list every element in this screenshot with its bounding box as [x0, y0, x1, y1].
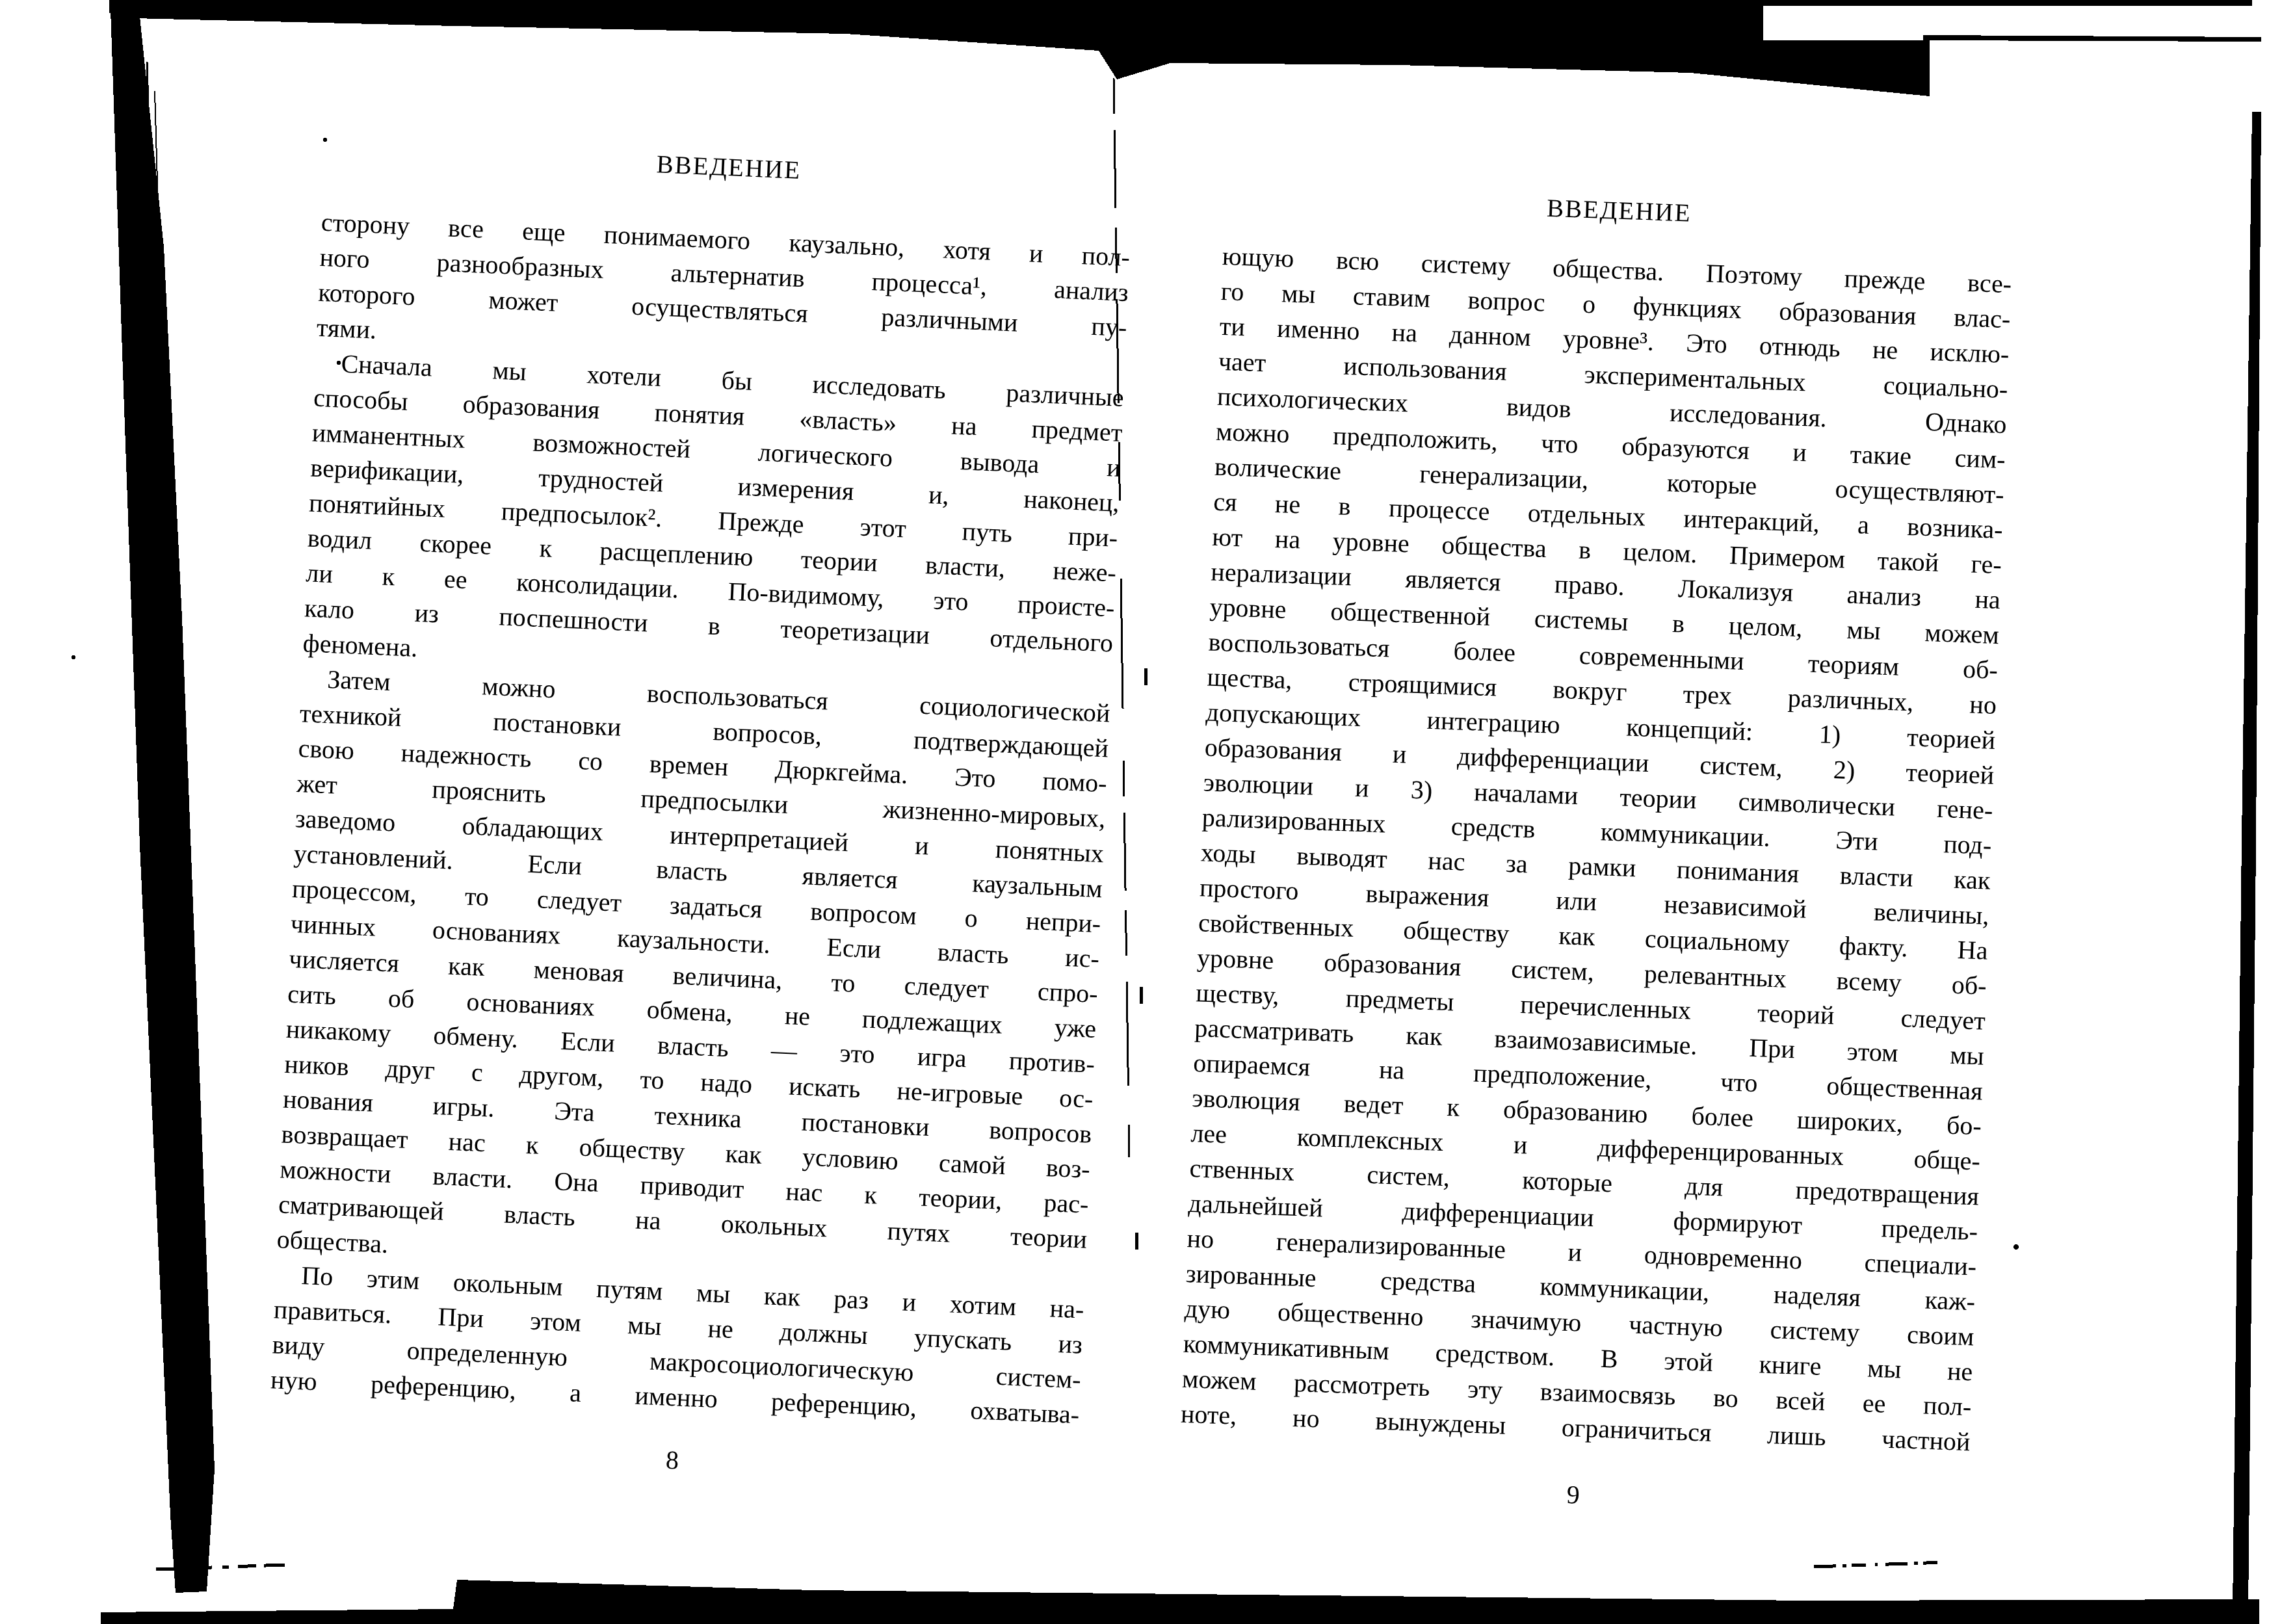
left-page-header: ВВЕДЕНИЕ [324, 135, 1134, 200]
scan-edge-bottom [101, 1580, 2259, 1624]
scan-edge-top-right-strip [1763, 0, 2252, 6]
bottom-right-dashes [1814, 1562, 1945, 1567]
right-page-number: 9 [1178, 1465, 1969, 1524]
gutter-tick-3 [1136, 1233, 1137, 1250]
page-edge-line-2 [155, 91, 181, 995]
bottom-left-dashes [156, 1565, 285, 1569]
page-edge-line-1 [147, 62, 173, 975]
gutter-tick-2 [1141, 987, 1142, 1004]
gutter-tick-1 [1146, 668, 1146, 685]
scan-edge-top-right-line [1923, 35, 2261, 42]
left-page-number: 8 [267, 1427, 1077, 1493]
book-scan: ВВЕДЕНИЕ сторону все еще понимаемого кау… [0, 0, 2269, 1624]
speck-3 [72, 655, 75, 659]
scan-edge-right-band [2233, 112, 2261, 1612]
scan-edge-left-band [111, 9, 215, 1593]
left-page-body-text: сторону все еще понимаемого каузально, х… [270, 205, 1131, 1433]
right-page-body-text: ющую всю систему общества. Поэтому прежд… [1180, 239, 2012, 1460]
scan-edge-top [109, 0, 1930, 96]
left-page: ВВЕДЕНИЕ сторону все еще понимаемого кау… [267, 135, 1134, 1493]
speck-4 [2013, 1244, 2019, 1250]
right-page: ВВЕДЕНИЕ ющую всю систему общества. Поэт… [1178, 182, 2015, 1524]
right-page-header: ВВЕДЕНИЕ [1224, 182, 2014, 239]
